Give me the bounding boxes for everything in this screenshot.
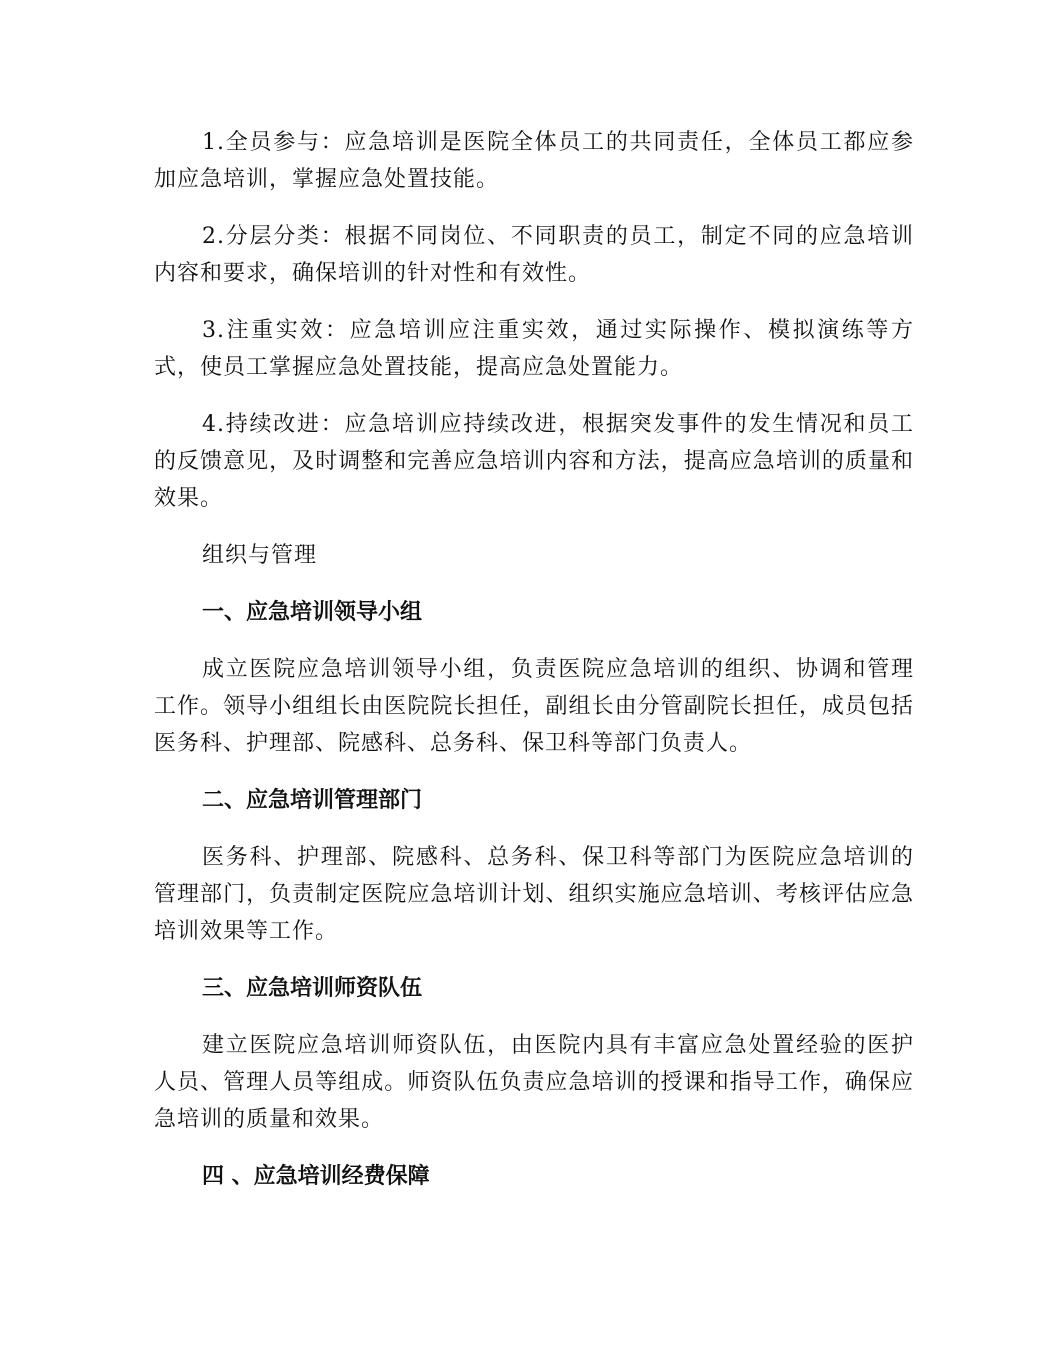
section-heading-instructor-team: 三、应急培训师资队伍 <box>154 970 914 1007</box>
section-heading-management-department: 二、应急培训管理部门 <box>154 782 914 819</box>
section-title: 组织与管理 <box>154 537 914 574</box>
principle-paragraph-3: 3.注重实效：应急培训应注重实效，通过实际操作、模拟演练等方式，使员工掌握应急处… <box>154 312 914 386</box>
section-body-management-department: 医务科、护理部、院感科、总务科、保卫科等部门为医院应急培训的管理部门，负责制定医… <box>154 839 914 950</box>
section-heading-funding: 四 、应急培训经费保障 <box>154 1158 914 1195</box>
principle-paragraph-4: 4.持续改进：应急培训应持续改进，根据突发事件的发生情况和员工的反馈意见，及时调… <box>154 406 914 517</box>
principle-paragraph-1: 1.全员参与：应急培训是医院全体员工的共同责任，全体员工都应参加应急培训，掌握应… <box>154 124 914 198</box>
principle-paragraph-2: 2.分层分类：根据不同岗位、不同职责的员工，制定不同的应急培训内容和要求，确保培… <box>154 218 914 292</box>
document-page: 1.全员参与：应急培训是医院全体员工的共同责任，全体员工都应参加应急培训，掌握应… <box>154 124 914 1215</box>
section-heading-leadership-group: 一、应急培训领导小组 <box>154 594 914 631</box>
section-body-leadership-group: 成立医院应急培训领导小组，负责医院应急培训的组织、协调和管理工作。领导小组组长由… <box>154 651 914 762</box>
section-body-instructor-team: 建立医院应急培训师资队伍，由医院内具有丰富应急处置经验的医护人员、管理人员等组成… <box>154 1027 914 1138</box>
